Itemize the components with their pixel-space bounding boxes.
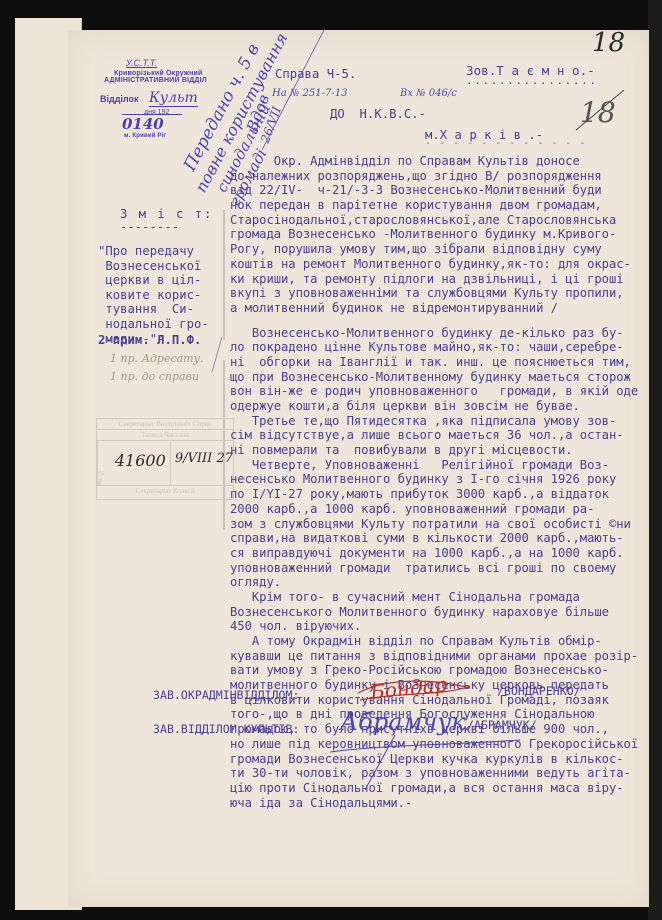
signatory-title: ЗАВ.ВIДДIЛОМ КУЛЬТIВ: bbox=[153, 722, 299, 736]
signatory-name: /БОНДАРЕНКО/ bbox=[497, 684, 581, 699]
signature-flourish-icon bbox=[0, 0, 662, 920]
signatory-name: /АБРАМЧУК/ bbox=[467, 718, 537, 733]
signature-row-culture: ЗАВ.ВIДДIЛОМ КУЛЬТIВ: bbox=[153, 718, 299, 737]
signature-abramchuk: Абрамчук bbox=[340, 708, 466, 736]
